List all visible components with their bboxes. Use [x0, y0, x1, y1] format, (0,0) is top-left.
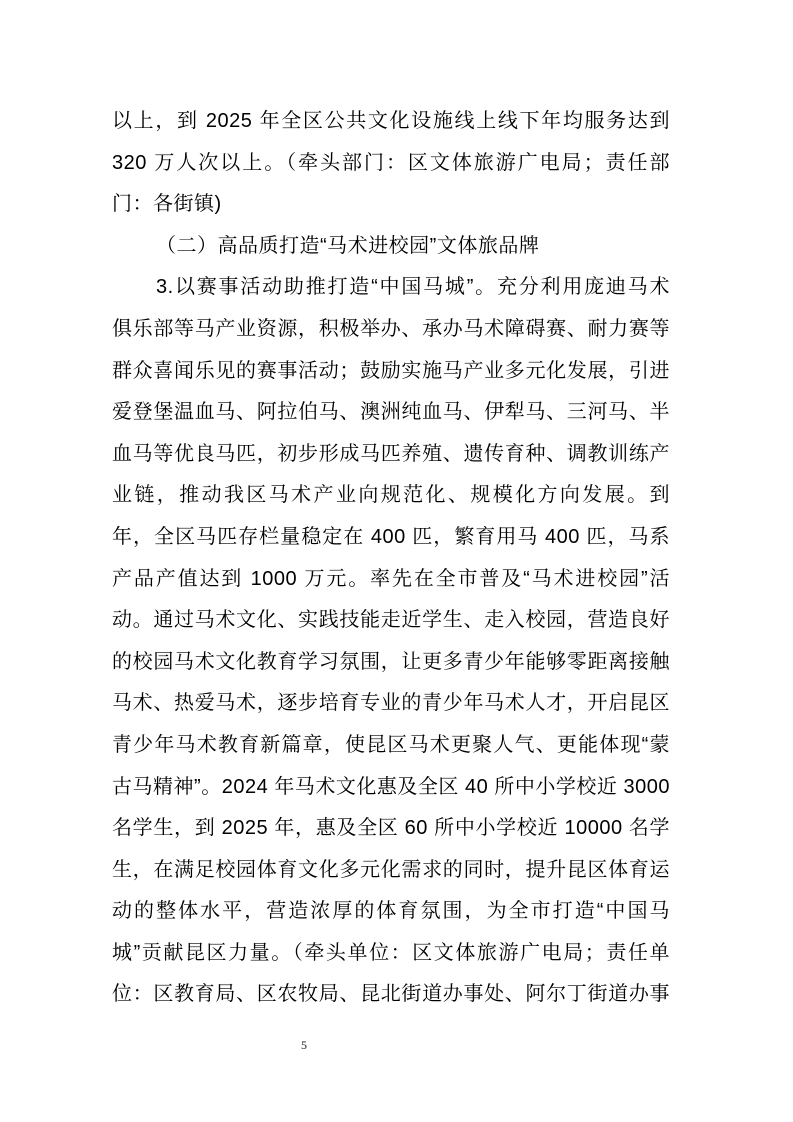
text-line: 血马等优良马匹，初步形成马匹养殖、遗传育种、调教训练产 [112, 434, 670, 476]
section-heading: （二）高品质打造“马术进校园”文体旅品牌 [112, 226, 670, 268]
text-line: 门：各街镇) [112, 184, 670, 226]
text-line: 名学生，到 2025 年，惠及全区 60 所中小学校近 10000 名学 [112, 808, 670, 850]
text-line: 爱登堡温血马、阿拉伯马、澳洲纯血马、伊犁马、三河马、半 [112, 392, 670, 434]
text-line: 动。通过马术文化、实践技能走近学生、走入校园，营造良好 [112, 600, 670, 642]
text-line: 青少年马术教育新篇章，使昆区马术更聚人气、更能体现“蒙 [112, 725, 670, 767]
text-line: 俱乐部等马产业资源，积极举办、承办马术障碍赛、耐力赛等 [112, 309, 670, 351]
document-body: 以上，到 2025 年全区公共文化设施线上线下年均服务达到 320 万人次以上。… [112, 101, 670, 1016]
text-line: 3.以赛事活动助推打造“中国马城”。充分利用庞迪马术 [112, 267, 670, 309]
text-line: 以上，到 2025 年全区公共文化设施线上线下年均服务达到 [112, 101, 670, 143]
text-line: 古马精神”。2024 年马术文化惠及全区 40 所中小学校近 3000 [112, 767, 670, 809]
text-line: 产品产值达到 1000 万元。率先在全市普及“马术进校园”活 [112, 559, 670, 601]
text-line: 320 万人次以上。（牵头部门：区文体旅游广电局；责任部 [112, 143, 670, 185]
text-line: 的校园马术文化教育学习氛围，让更多青少年能够零距离接触 [112, 642, 670, 684]
text-line: 群众喜闻乐见的赛事活动；鼓励实施马产业多元化发展，引进 [112, 351, 670, 393]
text-line: 动的整体水平，营造浓厚的体育氛围，为全市打造“中国马 [112, 891, 670, 933]
document-page: 以上，到 2025 年全区公共文化设施线上线下年均服务达到 320 万人次以上。… [0, 0, 793, 1122]
text-line: 年，全区马匹存栏量稳定在 400 匹，繁育用马 400 匹，马系列 [112, 517, 670, 559]
text-line: 城”贡献昆区力量。（牵头单位：区文体旅游广电局；责任单 [112, 933, 670, 975]
text-line: 业链，推动我区马术产业向规范化、规模化方向发展。到 2025 [112, 475, 670, 517]
text-line: 位：区教育局、区农牧局、昆北街道办事处、阿尔丁街道办事 [112, 974, 670, 1016]
text-line: 生，在满足校园体育文化多元化需求的同时，提升昆区体育运 [112, 850, 670, 892]
page-number: 5 [290, 1037, 318, 1053]
text-line: 马术、热爱马术，逐步培育专业的青少年马术人才，开启昆区 [112, 683, 670, 725]
